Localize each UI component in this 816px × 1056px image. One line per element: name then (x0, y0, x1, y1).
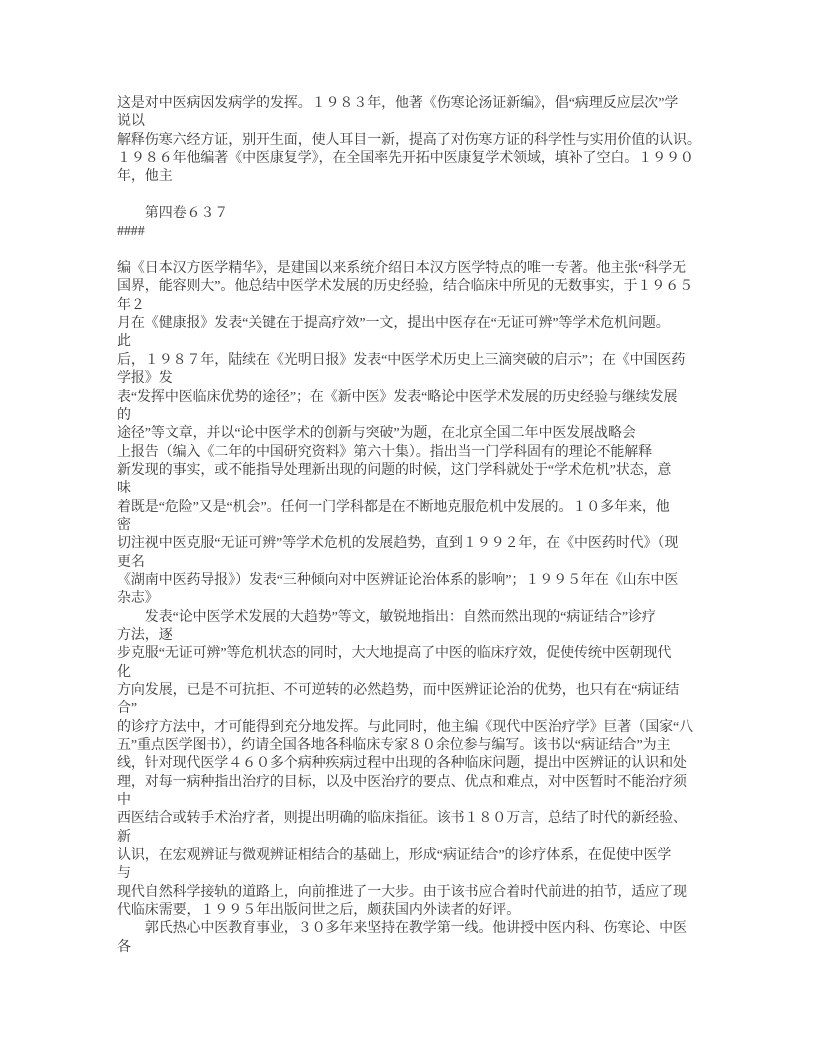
text-line: 发表“论中医学术发展的大趋势”等文，敏锐地指出：自然而然出现的“病证结合”诊疗 (117, 609, 757, 627)
text-line: 国界，能容则大”。他总结中医学术发展的历史经验，结合临床中所见的无数事实，于１９… (117, 278, 757, 296)
text-line: 郭氏热心中医教育事业，３０多年来坚持在教学第一线。他讲授中医内科、伤寒论、中医 (117, 920, 757, 938)
text-line: 线，针对现代医学４６０多个病种疾病过程中出现的各种临床问题，提出中医辨证的认识和… (117, 755, 757, 773)
text-line: 上报告（编入《二年的中国研究资料》第六十集）。指出当一门学科固有的理论不能解释 (117, 444, 757, 462)
text-line: 中 (117, 792, 757, 810)
text-line: 的诊疗方法中，才可能得到充分地发挥。与此同时，他主编《现代中医治疗学》巨著（国家… (117, 719, 757, 737)
text-line: 杂志》 (117, 590, 757, 608)
text-line: 方法，逐 (117, 627, 757, 645)
text-line: 化 (117, 664, 757, 682)
text-line: 代临床需要，１９９５年出版问世之后，颇获国内外读者的好评。 (117, 902, 757, 920)
text-line: 认识，在宏观辨证与微观辨证相结合的基础上，形成“病证结合”的诊疗体系，在促使中医… (117, 847, 757, 865)
document-page: 这是对中医病因发病学的发挥。１９８３年，他著《伤寒论汤证新编》，倡“病理反应层次… (0, 0, 816, 1056)
text-line: 表“发挥中医临床优势的途径”；在《新中医》发表“略论中医学术发展的历史经验与继续… (117, 389, 757, 407)
text-line: 此 (117, 333, 757, 351)
text-line: 与 (117, 865, 757, 883)
text-line: 《湖南中医药导报》）发表“三种倾向对中医辨证论治体系的影响”；１９９５年在《山东… (117, 572, 757, 590)
text-line: 步克服“无证可辨”等危机状态的同时，大大地提高了中医的临床疗效，促使传统中医朝现… (117, 645, 757, 663)
text-line: 现代自然科学接轨的道路上，向前推进了一大步。由于该书应合着时代前进的拍节，适应了… (117, 884, 757, 902)
text-line: 合” (117, 700, 757, 718)
text-line: 理，对每一病种指出治疗的目标，以及中医治疗的要点、优点和难点，对中医暂时不能治疗… (117, 774, 757, 792)
text-line: 年，他主 (117, 168, 757, 186)
text-line: 的 (117, 407, 757, 425)
text-line: 味 (117, 480, 757, 498)
text-line: 各 (117, 939, 757, 957)
text-line: 更名 (117, 554, 757, 572)
text-line: 解释伤寒六经方证，别开生面，使人耳目一新，提高了对伤寒方证的科学性与实用价值的认… (117, 132, 757, 150)
text-line: 途径”等文章，并以“论中医学术的创新与突破”为题，在北京全国二年中医发展战略会 (117, 425, 757, 443)
text-line: 说以 (117, 113, 757, 131)
text-line: #### (117, 223, 757, 241)
text-line: 编《日本汉方医学精华》，是建国以来系统介绍日本汉方医学特点的唯一专著。他主张“科… (117, 260, 757, 278)
text-line: 月在《健康报》发表“关键在于提高疗效”一文，提出中医存在“无证可辨”等学术危机问… (117, 315, 757, 333)
text-line: 方向发展，已是不可抗拒、不可逆转的必然趋势，而中医辨证论治的优势，也只有在“病证… (117, 682, 757, 700)
text-line: 学报》发 (117, 370, 757, 388)
text-line: 新 (117, 829, 757, 847)
text-line: １９８６年他编著《中医康复学》，在全国率先开拓中医康复学术领域，填补了空白。１９… (117, 150, 757, 168)
text-line: 五”重点医学图书），约请全国各地各科临床专家８０余位参与编写。该书以“病证结合”… (117, 737, 757, 755)
text-line: 这是对中医病因发病学的发挥。１９８３年，他著《伤寒论汤证新编》，倡“病理反应层次… (117, 95, 757, 113)
text-line: 后，１９８７年，陆续在《光明日报》发表“中医学术历史上三滴突破的启示”；在《中国… (117, 352, 757, 370)
text-line: 第四卷６３７ (117, 205, 757, 223)
document-text-block: 这是对中医病因发病学的发挥。１９８３年，他著《伤寒论汤证新编》，倡“病理反应层次… (117, 95, 757, 957)
text-line (117, 187, 757, 205)
text-line: 年２ (117, 297, 757, 315)
text-line: 西医结合或转手术治疗者，则提出明确的临床指征。该书１８０万言，总结了时代的新经验… (117, 810, 757, 828)
text-line: 密 (117, 517, 757, 535)
text-line: 新发现的事实，或不能指导处理新出现的问题的时候，这门学科就处于“学术危机”状态，… (117, 462, 757, 480)
text-line: 着既是“危险”又是“机会”。任何一门学科都是在不断地克服危机中发展的。１０多年来… (117, 499, 757, 517)
text-line (117, 242, 757, 260)
text-line: 切注视中医克服“无证可辨”等学术危机的发展趋势，直到１９９２年，在《中医药时代》… (117, 535, 757, 553)
